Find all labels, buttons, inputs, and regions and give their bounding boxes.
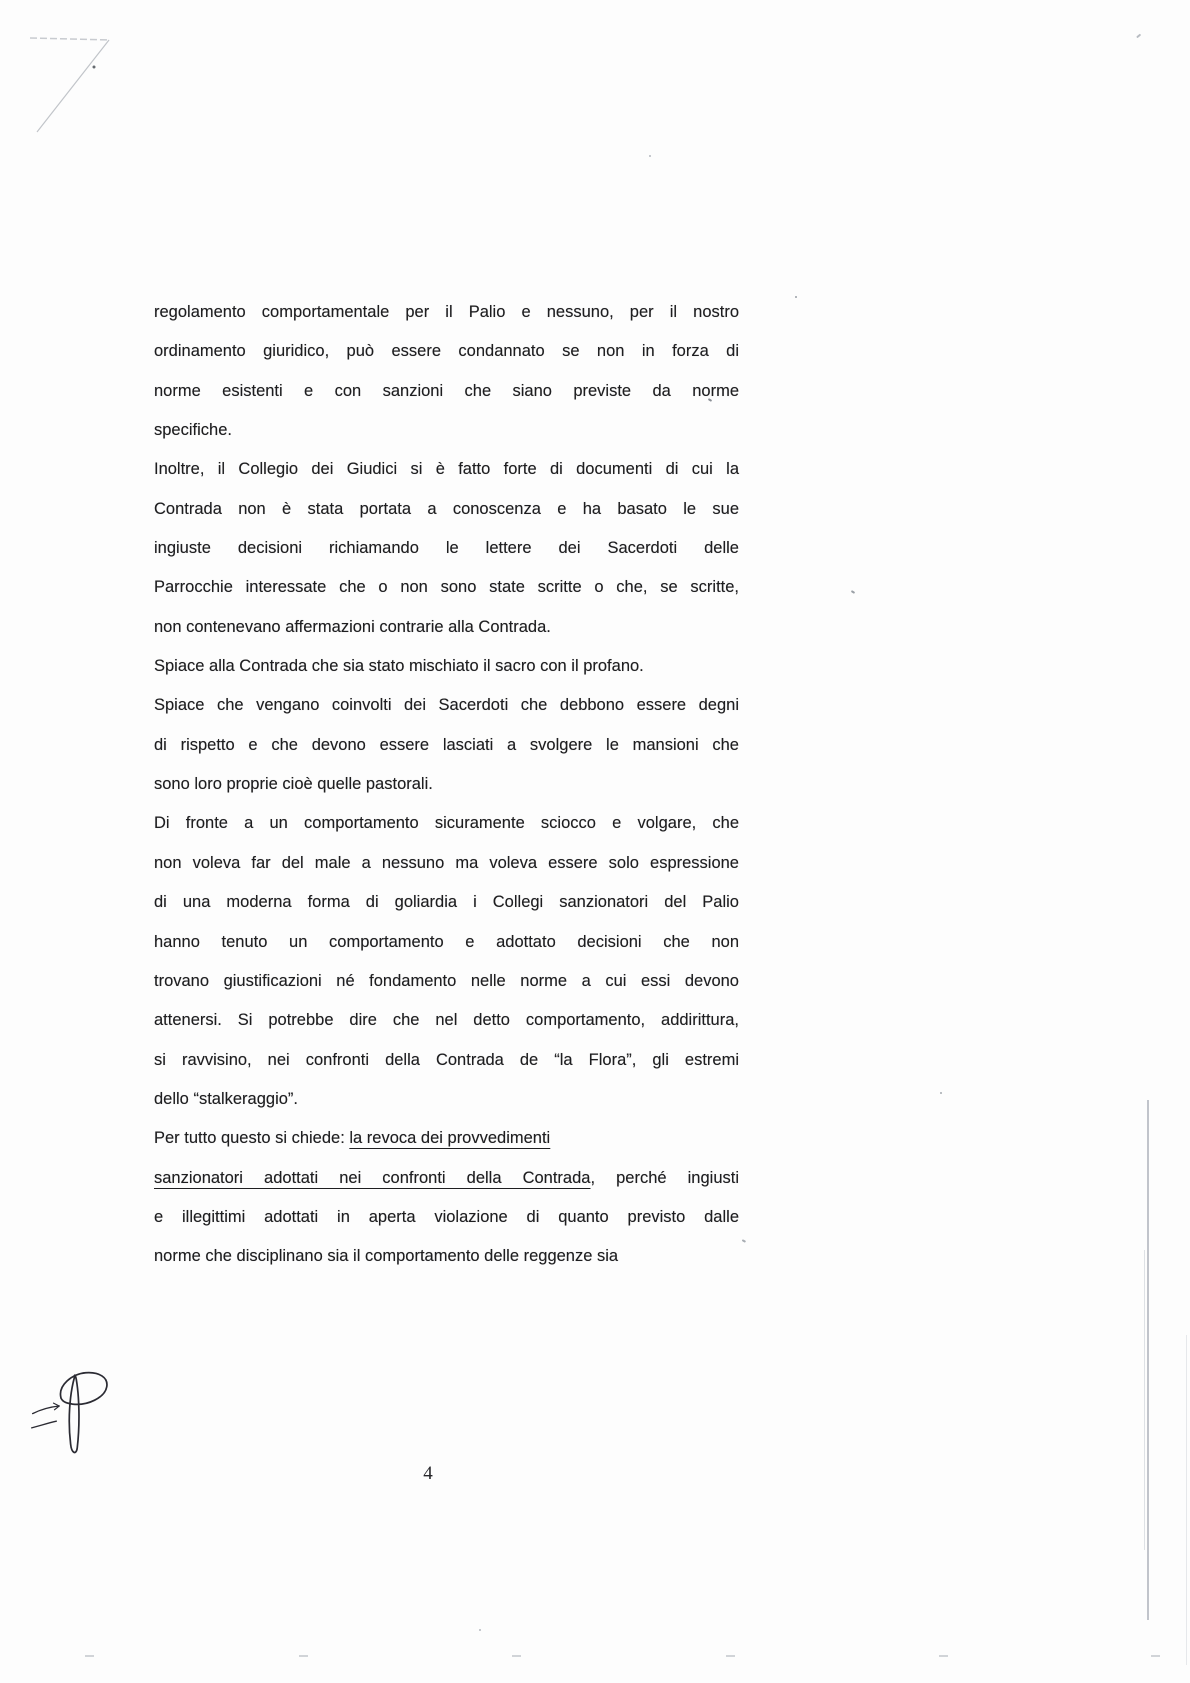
- scan-artifact-tick: [85, 1655, 94, 1657]
- underlined-text-segment: sanzionatori adottati nei confronti dell…: [154, 1169, 590, 1187]
- text-line: Di fronte a un comportamento sicuramente…: [154, 804, 739, 843]
- text-line: trovano giustificazioni né fondamento ne…: [154, 962, 739, 1001]
- text-segment: regolamento comportamentale per il Palio…: [154, 303, 739, 321]
- text-line: regolamento comportamentale per il Palio…: [154, 293, 739, 332]
- text-line: Contrada non è stata portata a conoscenz…: [154, 490, 739, 529]
- scan-artifact-speck: [479, 1629, 481, 1631]
- text-line: specifiche.: [154, 411, 739, 450]
- corner-crease-mark: [20, 28, 120, 143]
- text-segment: Contrada non è stata portata a conoscenz…: [154, 500, 739, 518]
- text-line: Per tutto questo si chiede: la revoca de…: [154, 1119, 739, 1158]
- text-line: di rispetto e che devono essere lasciati…: [154, 726, 739, 765]
- text-line: ordinamento giuridico, può essere condan…: [154, 332, 739, 371]
- text-segment: , perché ingiusti: [590, 1169, 739, 1187]
- text-line: ingiuste decisioni richiamando le letter…: [154, 529, 739, 568]
- scan-artifact-vertical-line: [1147, 1100, 1149, 1620]
- text-line: norme che disciplinano sia il comportame…: [154, 1237, 739, 1276]
- text-segment: di rispetto e che devono essere lasciati…: [154, 736, 739, 754]
- page-number: 4: [406, 1463, 450, 1485]
- text-segment: trovano giustificazioni né fondamento ne…: [154, 972, 739, 990]
- text-segment: norme che disciplinano sia il comportame…: [154, 1247, 618, 1265]
- scan-artifact-edge-line: [1186, 1335, 1187, 1665]
- text-segment: non voleva far del male a nessuno ma vol…: [154, 854, 739, 872]
- scan-artifact-tick: [512, 1655, 521, 1657]
- scan-artifact-vertical-line-faint: [1144, 1250, 1145, 1550]
- scanned-document-page: regolamento comportamentale per il Palio…: [0, 0, 1190, 1683]
- text-line: si ravvisino, nei confronti della Contra…: [154, 1041, 739, 1080]
- text-line: sanzionatori adottati nei confronti dell…: [154, 1159, 739, 1198]
- text-segment: ordinamento giuridico, può essere condan…: [154, 342, 739, 360]
- scan-artifact-speck: [649, 155, 651, 157]
- text-segment: dello “stalkeraggio”.: [154, 1090, 298, 1108]
- text-segment: Parrocchie interessate che o non sono st…: [154, 578, 739, 596]
- text-segment: Spiace alla Contrada che sia stato misch…: [154, 657, 644, 675]
- text-line: e illegittimi adottati in aperta violazi…: [154, 1198, 739, 1237]
- text-segment: ingiuste decisioni richiamando le letter…: [154, 539, 739, 557]
- scan-artifact-speck: [940, 1092, 942, 1094]
- text-line: di una moderna forma di goliardia i Coll…: [154, 883, 739, 922]
- scan-artifact-speck: [1136, 34, 1141, 38]
- scan-artifact-speck: [795, 296, 797, 298]
- text-segment: attenersi. Si potrebbe dire che nel dett…: [154, 1011, 739, 1029]
- text-block: regolamento comportamentale per il Palio…: [154, 293, 739, 1277]
- text-line: non voleva far del male a nessuno ma vol…: [154, 844, 739, 883]
- scan-artifact-tick: [939, 1655, 948, 1657]
- text-segment: e illegittimi adottati in aperta violazi…: [154, 1208, 739, 1226]
- signature-scribble: [25, 1368, 120, 1463]
- text-segment: specifiche.: [154, 421, 232, 439]
- text-segment: hanno tenuto un comportamento e adottato…: [154, 933, 739, 951]
- text-line: dello “stalkeraggio”.: [154, 1080, 739, 1119]
- scan-artifact-tick: [726, 1655, 735, 1657]
- text-line: norme esistenti e con sanzioni che siano…: [154, 372, 739, 411]
- text-line: non contenevano affermazioni contrarie a…: [154, 608, 739, 647]
- text-segment: norme esistenti e con sanzioni che siano…: [154, 382, 739, 400]
- text-line: sono loro proprie cioè quelle pastorali.: [154, 765, 739, 804]
- text-line: Spiace alla Contrada che sia stato misch…: [154, 647, 739, 686]
- scan-artifact-tick: [1151, 1655, 1160, 1657]
- text-segment: sono loro proprie cioè quelle pastorali.: [154, 775, 433, 793]
- text-line: hanno tenuto un comportamento e adottato…: [154, 923, 739, 962]
- text-segment: Di fronte a un comportamento sicuramente…: [154, 814, 739, 832]
- text-line: Spiace che vengano coinvolti dei Sacerdo…: [154, 686, 739, 725]
- text-line: attenersi. Si potrebbe dire che nel dett…: [154, 1001, 739, 1040]
- scan-artifact-speck: [851, 590, 855, 594]
- text-line: Parrocchie interessate che o non sono st…: [154, 568, 739, 607]
- text-segment: Per tutto questo si chiede:: [154, 1129, 349, 1147]
- underlined-text-segment: la revoca dei provvedimenti: [349, 1129, 550, 1147]
- text-line: Inoltre, il Collegio dei Giudici si è fa…: [154, 450, 739, 489]
- scan-artifact-speck: [742, 1239, 746, 1242]
- scan-artifact-tick: [299, 1655, 308, 1657]
- text-segment: Spiace che vengano coinvolti dei Sacerdo…: [154, 696, 739, 714]
- text-segment: Inoltre, il Collegio dei Giudici si è fa…: [154, 460, 739, 478]
- text-segment: di una moderna forma di goliardia i Coll…: [154, 893, 739, 911]
- text-segment: si ravvisino, nei confronti della Contra…: [154, 1051, 739, 1069]
- text-segment: non contenevano affermazioni contrarie a…: [154, 618, 551, 636]
